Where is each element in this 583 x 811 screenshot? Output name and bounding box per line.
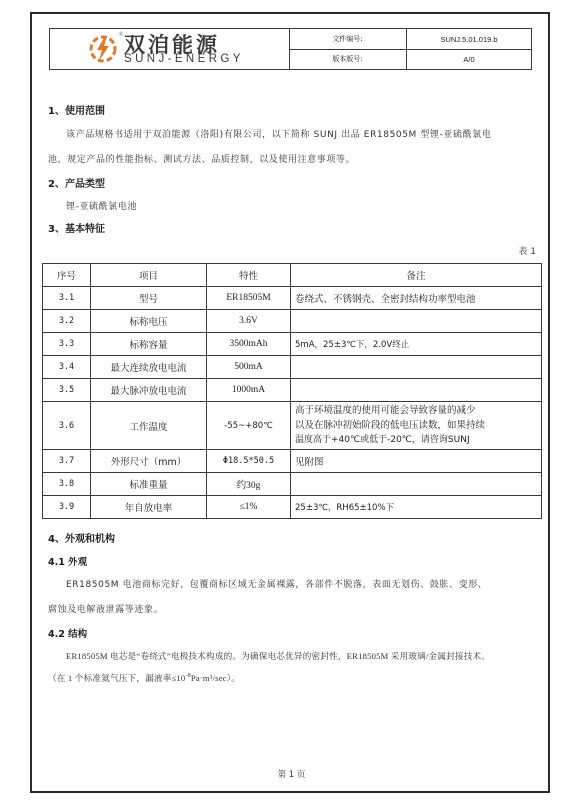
section-2-title: 2、产品类型 <box>48 175 105 190</box>
version-label: 版本版号: <box>289 49 407 69</box>
row-value: -55~+80℃ <box>207 402 291 450</box>
leak-rate-unit: Pa·m³/sec）。 <box>191 673 240 683</box>
note-line: 以及在脉冲初始阶段的低电压读数，如果持续 <box>295 418 537 433</box>
row-value: Φ18.5*50.5 <box>207 450 291 473</box>
table-row: 3.9 年自放电率 ≤1% 25±3℃，RH65±10%下 <box>43 496 542 519</box>
doc-number-value: SUNJ.5.01.019.b <box>407 29 531 49</box>
row-value: 500mA <box>207 356 291 379</box>
logo-cell: ® 双洎能源 SUNJ-ENERGY <box>50 29 290 69</box>
row-value: 3.6V <box>207 310 291 333</box>
row-value: 1000mA <box>207 379 291 402</box>
row-item: 最大脉冲放电电流 <box>91 379 207 402</box>
row-no: 3.7 <box>43 450 91 473</box>
table-row: 3.5 最大脉冲放电电流 1000mA <box>43 379 542 402</box>
note-line: 温度高于+40℃或低于-20℃，请咨询SUNJ <box>295 433 537 448</box>
lightning-bolt-icon <box>88 33 118 65</box>
row-item: 标称容量 <box>91 333 207 356</box>
section-4-2-text-line-2: （在 1 个标准氦气压下，漏液率≤10-8Pa·m³/sec）。 <box>48 672 240 684</box>
row-note: 5mA，25±3℃下，2.0V终止 <box>291 333 542 356</box>
section-4-2-text-line-1: ER18505M 电芯是“卷绕式”电极技术构成的。为确保电芯优异的密封性，ER1… <box>66 650 490 662</box>
header-remarks: 备注 <box>291 264 542 287</box>
section-4-1-text-line-2: 腐蚀及电解液泄露等迹象。 <box>48 602 163 615</box>
row-note <box>291 379 542 402</box>
row-item: 型号 <box>91 287 207 310</box>
row-no: 3.3 <box>43 333 91 356</box>
row-value: ER18505M <box>207 287 291 310</box>
table-row: 3.7 外形尺寸（mm） Φ18.5*50.5 见附图 <box>43 450 542 473</box>
row-no: 3.8 <box>43 473 91 496</box>
section-1-title: 1、使用范围 <box>48 102 105 117</box>
row-no: 3.9 <box>43 496 91 519</box>
doc-number-label: 文件编号: <box>289 29 407 49</box>
page-number: 第 1 页 <box>0 768 583 780</box>
row-no: 3.5 <box>43 379 91 402</box>
version-value: A/0 <box>407 49 531 69</box>
section-4-title: 4、外观和机构 <box>48 530 115 545</box>
section-1-text-line-2: 池，规定产品的性能指标、测试方法、品质控制，以及使用注意事项等。 <box>48 152 355 165</box>
row-value: ≤1% <box>207 496 291 519</box>
section-4-1-title: 4.1 外观 <box>48 554 87 568</box>
section-1-text-line-1: 该产品规格书适用于双洎能源（洛阳)有限公司，以下简称 SUNJ 出品 ER185… <box>66 127 491 140</box>
section-2-text: 锂-亚硫酰氯电池 <box>66 199 137 212</box>
note-line: 高于环境温度的使用可能会导致容量的减少 <box>295 403 537 418</box>
row-note: 见附图 <box>291 450 542 473</box>
table-header-row: 序号 项目 特性 备注 <box>43 264 542 287</box>
row-note: 高于环境温度的使用可能会导致容量的减少 以及在脉冲初始阶段的低电压读数，如果持续… <box>291 402 542 450</box>
row-value: 约30g <box>207 473 291 496</box>
row-item: 外形尺寸（mm） <box>91 450 207 473</box>
row-no: 3.2 <box>43 310 91 333</box>
table-row: 3.6 工作温度 -55~+80℃ 高于环境温度的使用可能会导致容量的减少 以及… <box>43 402 542 450</box>
row-note <box>291 310 542 333</box>
document-header: ® 双洎能源 SUNJ-ENERGY 文件编号: SUNJ.5.01.019.b… <box>49 28 532 70</box>
section-4-2-title: 4.2 结构 <box>48 626 87 640</box>
table-row: 3.1 型号 ER18505M 卷绕式、不锈钢壳、全密封结构功率型电池 <box>43 287 542 310</box>
row-note: 卷绕式、不锈钢壳、全密封结构功率型电池 <box>291 287 542 310</box>
table-caption: 表 1 <box>518 244 536 257</box>
table-row: 3.2 标称电压 3.6V <box>43 310 542 333</box>
row-item: 工作温度 <box>91 402 207 450</box>
company-logo: ® 双洎能源 SUNJ-ENERGY <box>88 31 258 67</box>
header-item: 项目 <box>91 264 207 287</box>
row-no: 3.1 <box>43 287 91 310</box>
row-value: 3500mAh <box>207 333 291 356</box>
section-4-1-text-line-1: ER18505M 电池商标完好，包覆商标区域无金属裸露，各部件不脱落，表面无划伤… <box>66 577 487 590</box>
header-characteristic: 特性 <box>207 264 291 287</box>
logo-english-name: SUNJ-ENERGY <box>124 53 244 65</box>
row-no: 3.6 <box>43 402 91 450</box>
header-no: 序号 <box>43 264 91 287</box>
row-item: 标称电压 <box>91 310 207 333</box>
table-row: 3.8 标准重量 约30g <box>43 473 542 496</box>
row-note: 25±3℃，RH65±10%下 <box>291 496 542 519</box>
row-item: 年自放电率 <box>91 496 207 519</box>
row-item: 标准重量 <box>91 473 207 496</box>
row-item: 最大连续放电电流 <box>91 356 207 379</box>
leak-rate-text: （在 1 个标准氦气压下，漏液率≤10 <box>48 673 185 683</box>
row-note <box>291 473 542 496</box>
row-note <box>291 356 542 379</box>
basic-characteristics-table: 序号 项目 特性 备注 3.1 型号 ER18505M 卷绕式、不锈钢壳、全密封… <box>42 263 542 519</box>
table-row: 3.4 最大连续放电电流 500mA <box>43 356 542 379</box>
table-row: 3.3 标称容量 3500mAh 5mA，25±3℃下，2.0V终止 <box>43 333 542 356</box>
row-no: 3.4 <box>43 356 91 379</box>
section-3-title: 3、基本特征 <box>48 220 105 235</box>
